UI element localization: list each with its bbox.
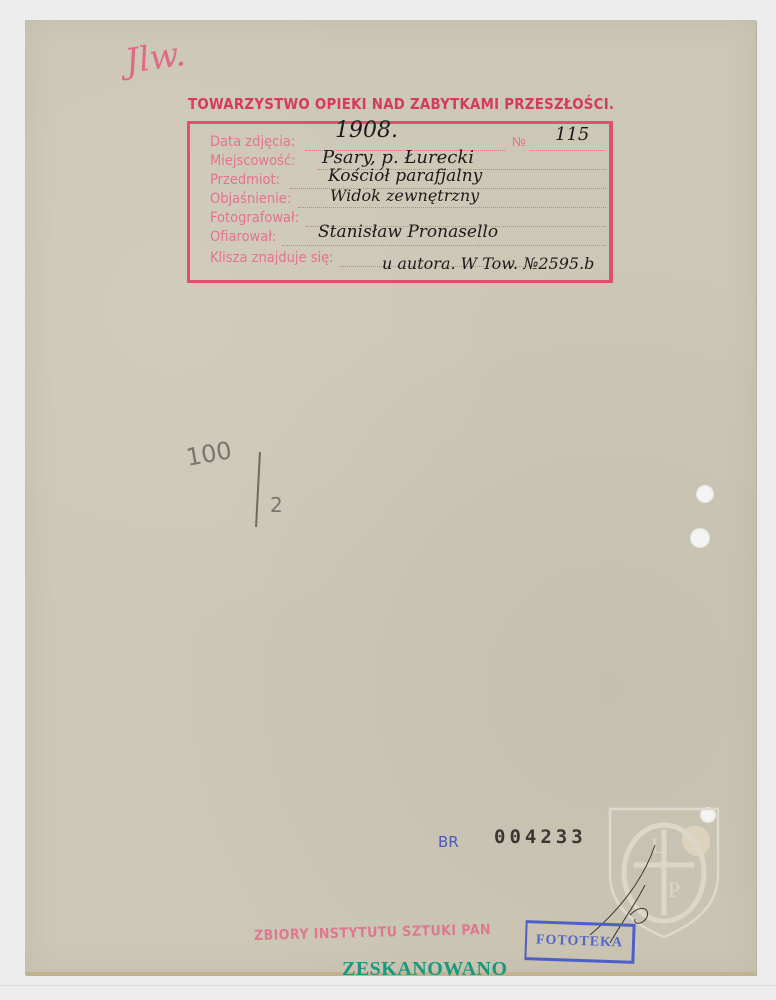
form-row-description: Objaśnienie:	[210, 189, 300, 207]
pencil-fraction-denominator: 2	[270, 493, 283, 517]
form-row-date: Data zdjęcia:	[210, 132, 305, 150]
form-row-donor: Ofiarował:	[210, 227, 284, 245]
society-stamp-header: TOWARZYSTWO OPIEKI NAD ZABYTKAMI PRZESZŁ…	[188, 95, 614, 113]
inventory-prefix: BR	[438, 833, 459, 851]
form-row-subject: Przedmiot:	[210, 170, 288, 188]
handwritten-number: 115	[555, 124, 589, 145]
scanned-stamp: ZESKANOWANO	[342, 958, 508, 981]
handwritten-place: Psary, p. Łurecki	[322, 147, 474, 168]
punch-hole	[696, 485, 714, 503]
form-label-date: Data zdjęcia:	[210, 134, 295, 150]
handwritten-negative-location: u autora. W Tow. №2595.b	[382, 254, 594, 273]
fototeka-stamp-text: FOTOTEKA	[536, 932, 624, 951]
form-row-negative-location: Klisza znajduje się:	[210, 248, 347, 266]
scan-background-line	[0, 985, 776, 986]
fototeka-stamp: FOTOTEKA	[524, 920, 635, 964]
form-label-photographer: Fotografował:	[210, 210, 299, 226]
inventory-serial-number: 004233	[494, 826, 587, 848]
punch-hole-torn	[690, 528, 710, 548]
form-label-place: Miejscowość:	[210, 153, 296, 169]
handwritten-description: Widok zewnętrzny	[330, 186, 479, 205]
handwritten-subject: Kościół parafjalny	[328, 166, 482, 186]
handwritten-date: 1908.	[335, 118, 398, 143]
form-label-description: Objaśnienie:	[210, 191, 291, 207]
form-label-donor: Ofiarował:	[210, 229, 276, 245]
form-row-photographer: Fotografował:	[210, 208, 309, 226]
form-label-negative-location: Klisza znajduje się:	[210, 250, 334, 266]
handwritten-photographer: Stanisław Pronasello	[318, 222, 498, 242]
pencil-annotation-red: Jlw.	[123, 34, 188, 82]
number-label: №	[512, 134, 526, 149]
form-label-subject: Przedmiot:	[210, 172, 280, 188]
form-row-place: Miejscowość:	[210, 151, 305, 169]
